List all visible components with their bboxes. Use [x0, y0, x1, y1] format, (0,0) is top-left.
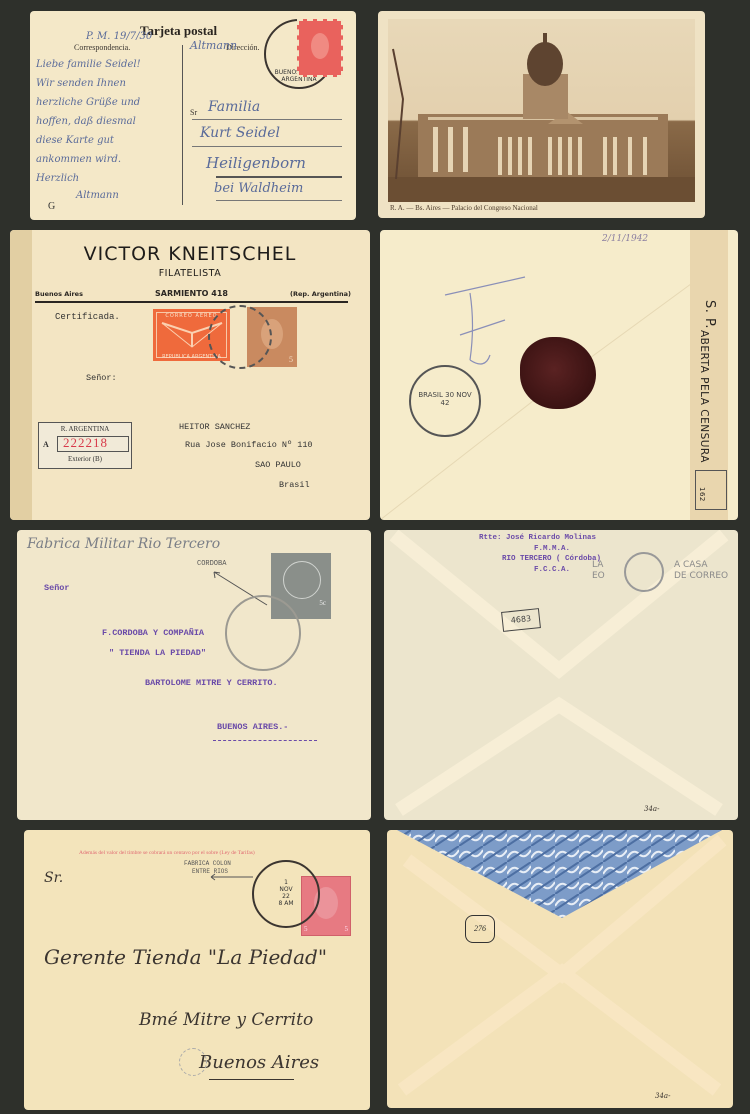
message-line: Liebe familie Seidel!: [36, 55, 181, 74]
address-line: Kurt Seidel: [200, 125, 280, 141]
address-line: HEITOR SANCHEZ: [179, 422, 250, 432]
coat-of-arms-icon: [283, 561, 321, 599]
header-city: Buenos Aires: [35, 290, 83, 298]
box-number: 4683: [501, 608, 541, 632]
censor-top: S. P.: [702, 300, 717, 329]
handwritten-top-line: Altmann: [190, 39, 237, 52]
address-line: Familia: [208, 99, 260, 115]
sender-line: Rtte: José Ricardo Molinas: [479, 534, 596, 542]
postmark-text: 1: [254, 879, 318, 886]
address-line: Rua Jose Bonifacio Nº 110: [185, 440, 313, 450]
sender-line: RIO TERCERO ( Córdoba): [502, 555, 601, 563]
underline: [209, 1079, 294, 1080]
envelope-flaps: [387, 830, 733, 1108]
stamp-value: 5: [289, 355, 293, 364]
registration-label: R. ARGENTINA A 222218 Exterior (B): [38, 422, 132, 469]
pencil-note: 34a-: [655, 1092, 670, 1100]
address-line: bei Waldheim: [214, 181, 303, 196]
underline: [213, 740, 317, 741]
stamp-value: 5c: [319, 599, 326, 607]
machine-cancel: [624, 552, 664, 592]
sender-line: F.M.M.A.: [534, 545, 570, 553]
header-street: SARMIENTO 418: [155, 289, 228, 298]
handwritten-origin: Fabrica Militar Rio Tercero: [27, 536, 220, 552]
sender-line: F.C.C.A.: [534, 566, 570, 574]
registered-cover-back[interactable]: 2/11/1942 BRASIL 30 NOV 42 S. P. ABERTA …: [380, 230, 738, 520]
building-illustration: [388, 19, 695, 202]
address-line: " TIENDA LA PIEDAD": [109, 648, 206, 658]
postmark: [208, 305, 272, 369]
postal-stationery-front[interactable]: Además del valor del timbre se cobrará u…: [24, 830, 370, 1110]
postal-stationery-back[interactable]: 276 34a-: [387, 830, 733, 1108]
pencil-mark: [440, 275, 530, 375]
wax-seal: [520, 337, 596, 409]
portrait-icon: [311, 33, 329, 59]
postcard-picture-side[interactable]: R. A. — Bs. Aires — Palacio del Congreso…: [378, 11, 705, 218]
annotation-line: FABRICA COLON: [184, 860, 231, 868]
reg-class: Exterior (B): [39, 455, 131, 463]
message-line: Herzlich: [36, 169, 181, 188]
slogan-line: A CASA: [674, 560, 728, 571]
handwritten-date: P. M. 19/7/30: [86, 31, 152, 42]
address-line: SAO PAULO: [255, 460, 301, 470]
address-line: Buenos Aires: [199, 1052, 319, 1073]
address-rule: [216, 200, 342, 201]
message-line: herzliche Grüße und: [36, 93, 181, 112]
postmark-text: BRASIL 30 NOV 42: [415, 391, 475, 407]
slogan-cancel-left: LA EO: [592, 560, 605, 582]
company-subtitle: FILATELISTA: [10, 268, 370, 279]
annotation: CORDOBA: [197, 560, 226, 568]
box-mark: 276: [465, 915, 495, 943]
postmark: [225, 595, 301, 671]
divider-line: [182, 45, 183, 205]
congress-palace-photo: [388, 19, 695, 202]
postmark-text: 22: [254, 893, 318, 900]
reg-letter: A: [43, 440, 49, 449]
slogan-line: LA: [592, 560, 605, 571]
message-line: hoffen, daß diesmal: [36, 112, 181, 131]
company-name: VICTOR KNEITSCHEL: [10, 243, 370, 265]
salutation: Señor:: [86, 373, 117, 383]
address-line: BUENOS AIRES.-: [217, 722, 288, 732]
address-line: BARTOLOME MITRE Y CERRITO.: [145, 678, 278, 688]
censor-tape: S. P. ABERTA PELA CENSURA 162: [690, 230, 728, 520]
postmark: BRASIL 30 NOV 42: [409, 365, 481, 437]
postmark-date: 1 NOV 22 8 AM: [254, 879, 318, 907]
arrow-icon: [209, 873, 254, 881]
header-country: (Rep. Argentina): [290, 290, 351, 298]
salutation: Señor: [44, 583, 70, 593]
message-block: Liebe familie Seidel! Wir senden Ihnen h…: [36, 55, 181, 204]
postcard-address-side[interactable]: Tarjeta postal Correspondencia. Direcció…: [30, 11, 356, 220]
message-line: ankommen wird.: [36, 150, 181, 169]
slogan-cancel-right: A CASA DE CORREO: [674, 560, 728, 582]
address-line: Heiligenborn: [206, 154, 306, 172]
cover-front-cordoba[interactable]: Fabrica Militar Rio Tercero CORDOBA Seño…: [17, 530, 371, 820]
address-rule: [192, 119, 342, 120]
publisher-logo: G: [48, 201, 55, 212]
label-correspondencia: Correspondencia.: [74, 43, 130, 52]
postmark-text: 8 AM: [254, 900, 318, 907]
censor-number: 162: [698, 487, 706, 502]
stamp: [297, 19, 343, 77]
stamp-value: 5: [345, 925, 349, 933]
address-line: Brasil: [279, 480, 310, 490]
censor-text: ABERTA PELA CENSURA: [698, 330, 710, 463]
message-line: Altmann: [36, 188, 181, 204]
stamp-value: 5: [304, 925, 308, 933]
certified-label: Certificada.: [55, 312, 120, 322]
postmark-text: NOV: [254, 886, 318, 893]
address-rule: [216, 176, 342, 178]
slogan-line: DE CORREO: [674, 571, 728, 582]
slogan-line: EO: [592, 571, 605, 582]
addressee-prefix: Sr.: [44, 870, 63, 886]
address-line: Bmé Mitre y Cerrito: [139, 1010, 313, 1030]
reg-country: R. ARGENTINA: [39, 425, 131, 433]
header-rule: [35, 301, 348, 303]
censor-box: 162: [695, 470, 727, 510]
address-line: Gerente Tienda "La Piedad": [44, 945, 327, 969]
reg-number: 222218: [63, 435, 108, 451]
pencil-date: 2/11/1942: [602, 234, 648, 244]
message-line: diese Karte gut: [36, 131, 181, 150]
addressee-prefix: Sr: [190, 108, 197, 117]
cover-back-cordoba[interactable]: Rtte: José Ricardo Molinas F.M.M.A. RIO …: [384, 530, 738, 820]
pencil-note: 34a-: [644, 805, 659, 813]
tariff-notice: Además del valor del timbre se cobrará u…: [79, 850, 255, 856]
photo-caption: R. A. — Bs. Aires — Palacio del Congreso…: [390, 204, 538, 212]
address-line: F.CORDOBA Y COMPAÑIA: [102, 628, 204, 638]
message-line: Wir senden Ihnen: [36, 74, 181, 93]
registered-cover-front[interactable]: VICTOR KNEITSCHEL FILATELISTA Buenos Air…: [10, 230, 370, 520]
address-rule: [192, 146, 342, 147]
faint-postmark: [179, 1048, 207, 1076]
postmark: 1 NOV 22 8 AM: [252, 860, 320, 928]
